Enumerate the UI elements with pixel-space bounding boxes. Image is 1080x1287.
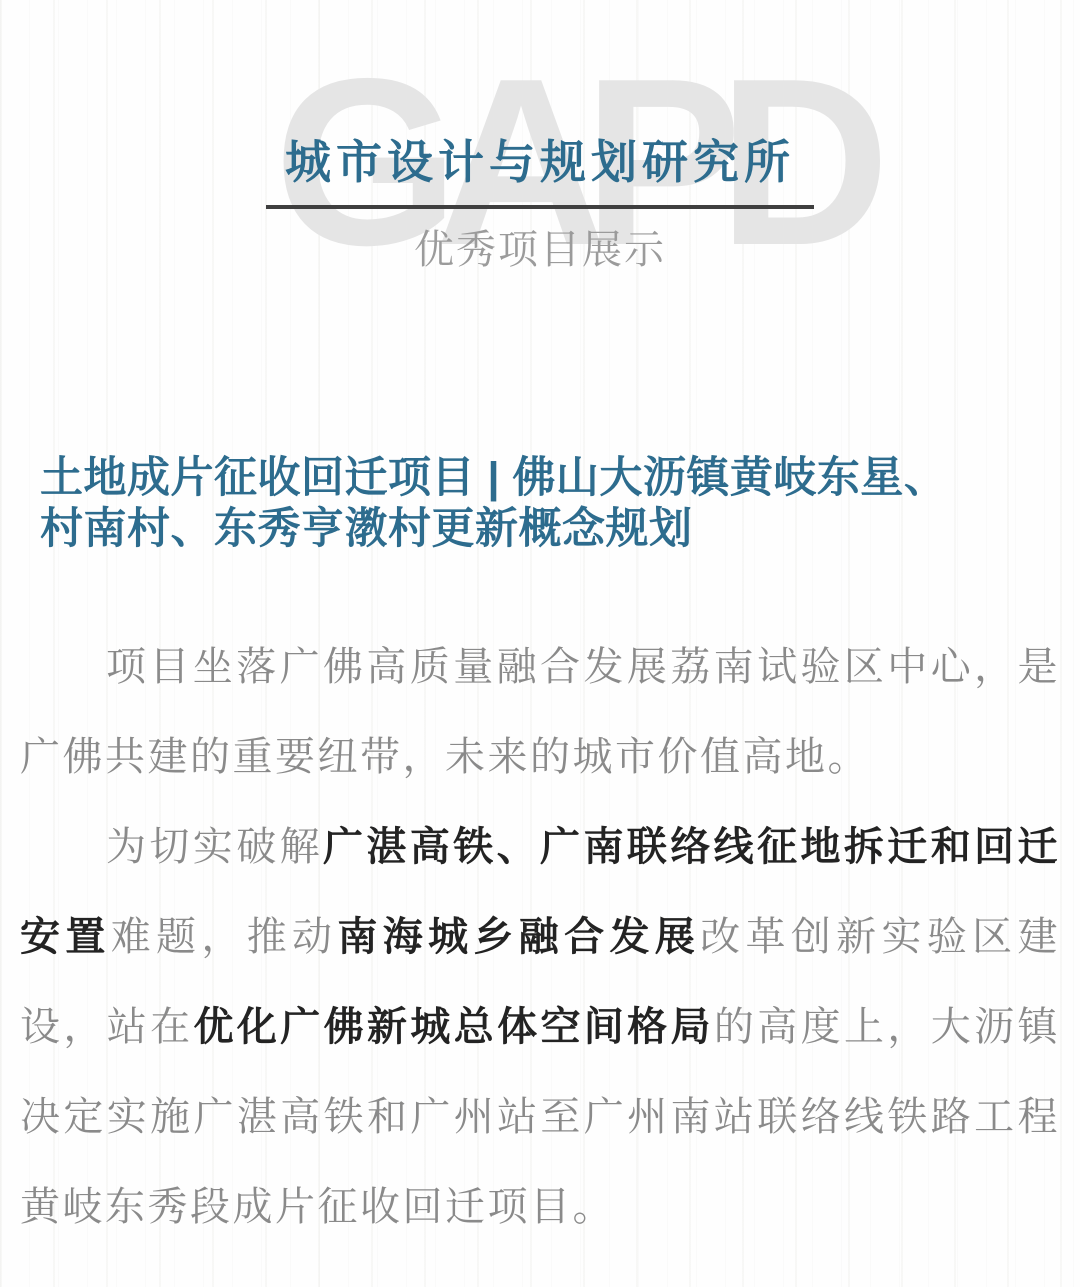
masthead: GAPD 城市设计与规划研究所 优秀项目展示 [0, 0, 1080, 275]
article-title-line-1: 土地成片征收回迁项目 | 佛山大沥镇黄岐东星、 [40, 453, 1040, 504]
article: 土地成片征收回迁项目 | 佛山大沥镇黄岐东星、 村南村、东秀亨漖村更新概念规划 … [0, 453, 1080, 1252]
institute-title: 城市设计与规划研究所 [0, 126, 1080, 192]
article-body: 项目坐落广佛高质量融合发展荔南试验区中心，是广佛共建的重要纽带，未来的城市价值高… [20, 622, 1060, 1252]
article-title-line-2: 村南村、东秀亨漖村更新概念规划 [40, 504, 1040, 555]
body-text: 项目坐落广佛高质量融合发展荔南试验区中心，是广佛共建的重要纽带，未来的城市价值高… [20, 645, 1060, 779]
article-title: 土地成片征收回迁项目 | 佛山大沥镇黄岐东星、 村南村、东秀亨漖村更新概念规划 [40, 453, 1040, 554]
emphasis-text: 优化广佛新城总体空间格局 [193, 1005, 713, 1049]
article-paragraph: 项目坐落广佛高质量融合发展荔南试验区中心，是广佛共建的重要纽带，未来的城市价值高… [20, 622, 1060, 802]
emphasis-text: 南海城乡融合发展 [337, 915, 700, 959]
body-text: 难题，推动 [111, 915, 338, 959]
article-paragraph: 为切实破解广湛高铁、广南联络线征地拆迁和回迁安置难题，推动南海城乡融合发展改革创… [20, 802, 1060, 1252]
body-text: 为切实破解 [106, 825, 323, 869]
masthead-subtitle: 优秀项目展示 [0, 218, 1080, 275]
masthead-divider [266, 205, 814, 209]
article-page: { "colors": { "accent_teal": "#2d6c8e", … [0, 0, 1080, 1287]
